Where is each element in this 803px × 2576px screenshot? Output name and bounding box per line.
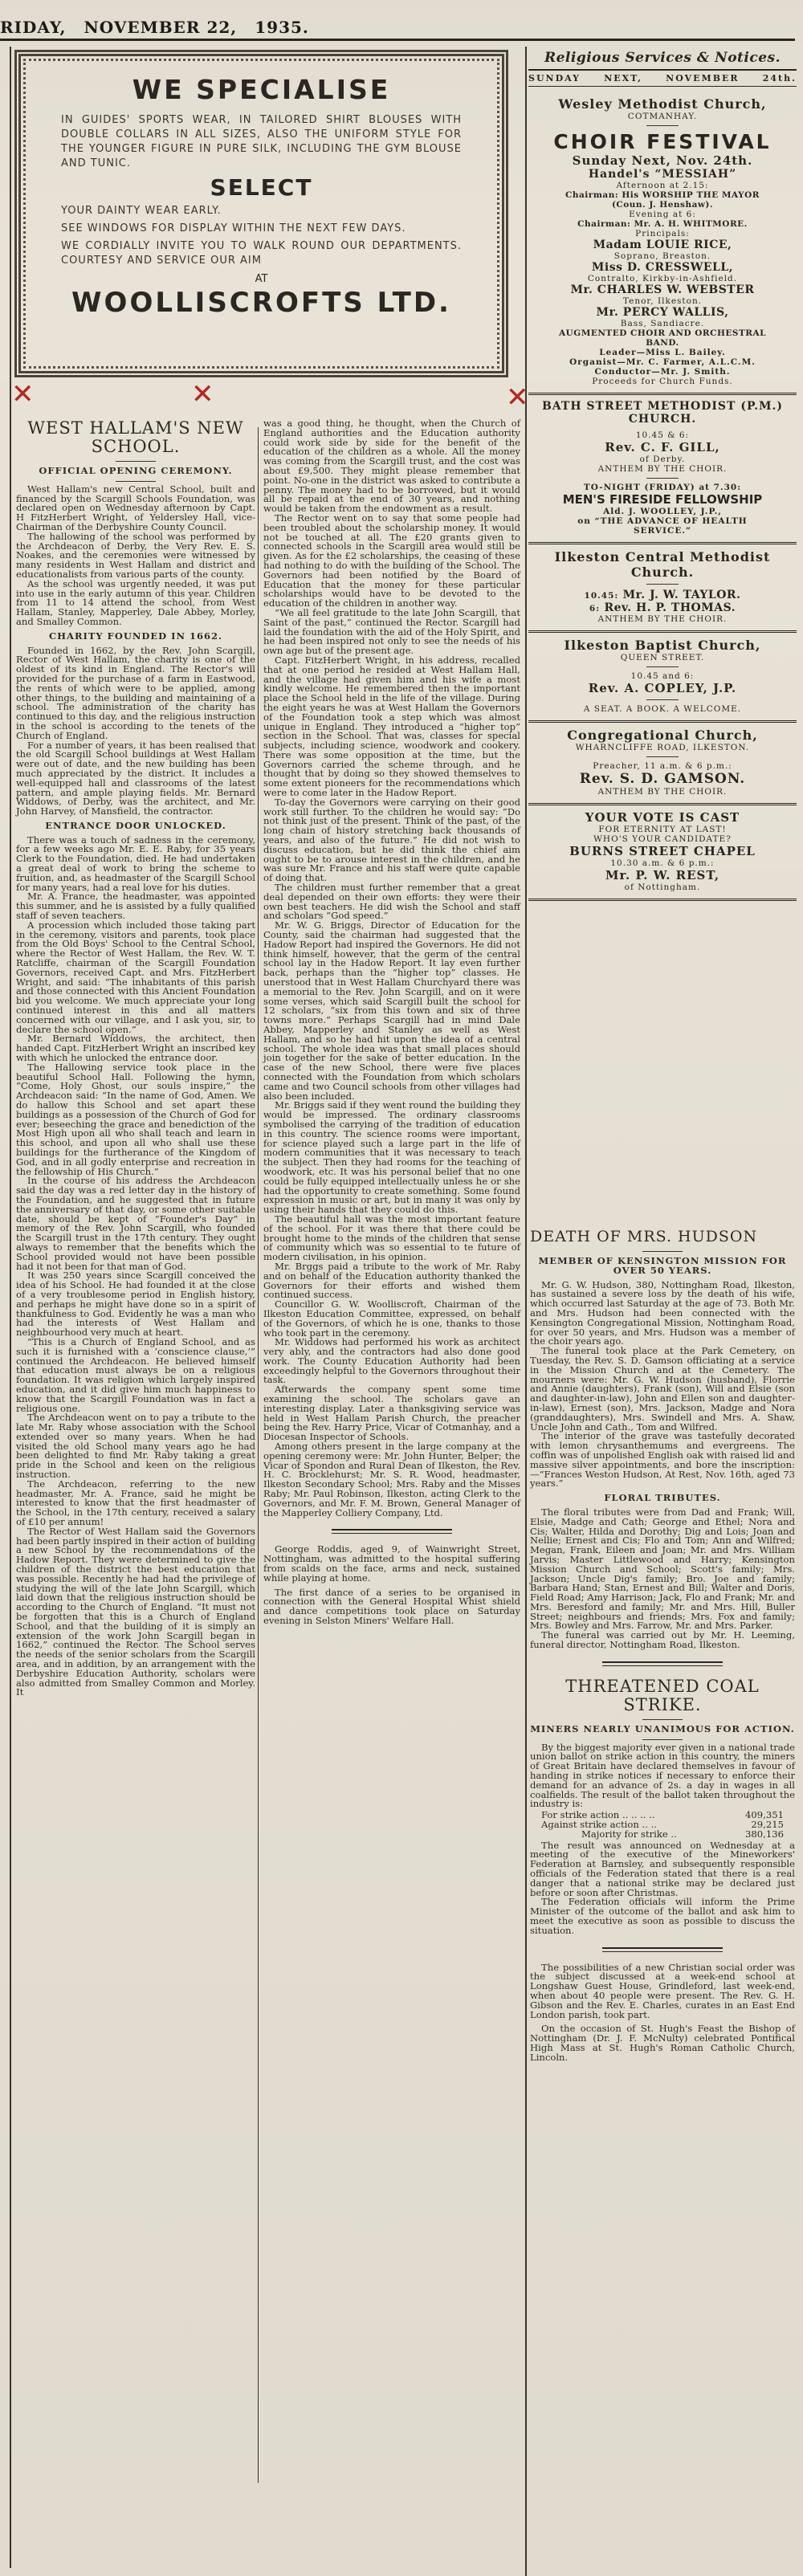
newspaper-page: RIDAY, NOVEMBER 22, 1935. WE SPECIALISE … (0, 0, 803, 2576)
divider (642, 1719, 683, 1720)
article-paragraph: It was 250 years since Scargill conceive… (16, 1271, 255, 1338)
church-name: Wesley Methodist Church, (528, 96, 797, 112)
article-subheading: ENTRANCE DOOR UNLOCKED. (16, 821, 255, 831)
evening-time: Evening at 6: (528, 210, 797, 219)
service-time: 10.45: (585, 591, 619, 601)
event-work: Handel's “MESSIAH” (528, 168, 797, 181)
article-subheading: OFFICIAL OPENING CEREMONY. (16, 467, 255, 476)
fellowship-title: MEN'S FIRESIDE FELLOWSHIP (528, 492, 797, 507)
masthead-year: 1935. (255, 18, 309, 37)
article-paragraph: Mr. Briggs said if they went round the b… (263, 1101, 520, 1215)
red-x-mark-icon: ✕ (11, 381, 35, 408)
article-paragraph: The Archdeacon, referring to the new hea… (16, 1480, 255, 1527)
article-paragraph: The children must further remember that … (263, 883, 520, 921)
date-word: NEXT, (604, 73, 642, 84)
speaker-line: Ald. J. WOOLLEY, J.P., (528, 507, 797, 516)
anthem-line: ANTHEM BY THE CHOIR. (528, 787, 797, 797)
church-name: BATH STREET METHODIST (P.M.) CHURCH. (528, 400, 797, 426)
preacher-name: Mr. J. W. TAYLOR. (623, 589, 741, 601)
proceeds-line: Proceeds for Church Funds. (528, 377, 797, 386)
afternoon-chairman: Chairman: His WORSHIP THE MAYOR (528, 190, 797, 200)
article-headline: WEST HALLAM'S NEW SCHOOL. (16, 419, 255, 456)
article-paragraph: The result was announced on Wednesday at… (530, 1841, 795, 1898)
preacher-line: 6: Rev. H. P. THOMAS. (528, 601, 797, 614)
notice-burns-street: YOUR VOTE IS CAST FOR ETERNITY AT LAST! … (528, 805, 797, 901)
divider (646, 125, 679, 126)
masthead-rule (0, 39, 795, 41)
principal-role: Bass, Sandiacre. (528, 319, 797, 328)
principal-role: Contralto, Kirkby-in-Ashfield. (528, 274, 797, 283)
brief-dance: The first dance of a series to be organi… (263, 1588, 520, 1626)
slogan-line: YOUR VOTE IS CAST (528, 810, 797, 825)
church-place: COTMANHAY. (528, 112, 797, 121)
evening-chairman: Chairman: Mr. A. H. WHITMORE. (528, 219, 797, 229)
article-paragraph: Mr. G. W. Hudson, 380, Nottingham Road, … (530, 1281, 795, 1347)
article-paragraph: The interior of the grave was tastefully… (530, 1432, 795, 1489)
ballot-row: Majority for strike .. 380,136 (541, 1830, 795, 1840)
article-paragraph: The Rector went on to say that some peop… (263, 514, 520, 609)
article-headline: DEATH OF MRS. HUDSON (530, 1228, 795, 1246)
article-paragraph: The Federation officials will inform the… (530, 1897, 795, 1935)
column-rule-right (525, 47, 527, 2576)
event-title: CHOIR FESTIVAL (528, 130, 797, 153)
article-subheading: CHARITY FOUNDED IN 1662. (16, 632, 255, 642)
article-paragraph: Mr. W. G. Briggs, Director of Education … (263, 921, 520, 1101)
service-time: 10.45 and 6: (528, 671, 797, 681)
notices-date-bar: SUNDAY NEXT, NOVEMBER 24th. (528, 69, 797, 87)
notices-title: Religious Services & Notices. (528, 50, 797, 66)
date-word: 24th. (763, 73, 797, 84)
divider (602, 1947, 723, 1952)
preacher-name: Rev. A. COPLEY, J.P. (528, 681, 797, 695)
ballot-table: For strike action .. .. .. .. 409,351 Ag… (530, 1811, 795, 1839)
preacher-from: of Derby. (528, 454, 797, 464)
article-paragraph: By the biggest majority ever given in a … (530, 1743, 795, 1810)
ballot-label: Majority for strike .. (581, 1830, 677, 1840)
ad-at: AT (61, 273, 462, 285)
article-subheading: MINERS NEARLY UNANIMOUS FOR ACTION. (530, 1725, 795, 1734)
service-time: 10.30 a.m. & 6 p.m.: (528, 858, 797, 868)
masthead-month-day: NOVEMBER 22, (84, 18, 237, 37)
service-time: 6: (589, 604, 600, 613)
ad-paragraph-windows: SEE WINDOWS FOR DISPLAY WITHIN THE NEXT … (61, 222, 462, 236)
article-paragraph: Councillor G. W. Woolliscroft, Chairman … (263, 1300, 520, 1338)
article-paragraph: Mr. Bernard Widdows, the architect, then… (16, 1034, 255, 1062)
article-hudson: DEATH OF MRS. HUDSON MEMBER OF KENSINGTO… (530, 1225, 795, 2063)
notice-wesley-methodist: Wesley Methodist Church, COTMANHAY. CHOI… (528, 92, 797, 395)
article-paragraph: For a number of years, it has been reali… (16, 741, 255, 817)
column-rule-middle (258, 427, 259, 2483)
principal-role: Tenor, Ilkeston. (528, 296, 797, 306)
article-subheading: FLORAL TRIBUTES. (530, 1494, 795, 1503)
service-time: 10.45 & 6: (528, 430, 797, 440)
article-paragraph: To-day the Governors were carrying on th… (263, 798, 520, 883)
divider (642, 1251, 683, 1252)
article-paragraph: The floral tributes were from Dad and Fr… (530, 1508, 795, 1631)
article-paragraph: The Archdeacon went on to pay a tribute … (16, 1413, 255, 1480)
religious-notices: Religious Services & Notices. SUNDAY NEX… (528, 50, 797, 901)
principal-name: Mr. CHARLES W. WEBSTER (528, 283, 797, 296)
ad-headline: WE SPECIALISE (61, 74, 462, 105)
column-rule-left (10, 47, 11, 2568)
preacher-name: Mr. P. W. REST, (528, 868, 797, 882)
topic-line: on “THE ADVANCE OF HEALTH SERVICE.” (528, 516, 797, 536)
article-paragraph: “We all feel gratitude to the late John … (263, 609, 520, 656)
tonight-line: TO-NIGHT (FRIDAY) at 7.30: (528, 483, 797, 492)
ad-brand-name: WOOLLISCROFTS LTD. (61, 287, 462, 319)
ad-paragraph-specialise: IN GUIDES' SPORTS WEAR, IN TAILORED SHIR… (61, 113, 462, 171)
brief-christian-order: The possibilities of a new Christian soc… (530, 1963, 795, 2020)
church-place: WHARNCLIFFE ROAD, ILKESTON. (528, 743, 797, 752)
brief-st-hugh: On the occasion of St. Hugh's Feast the … (530, 2024, 795, 2062)
article-paragraph: was a good thing, he thought, when the C… (263, 419, 520, 514)
divider (602, 1661, 723, 1666)
article-headline: THREATENED COAL STRIKE. (530, 1677, 795, 1714)
notice-bath-street: BATH STREET METHODIST (P.M.) CHURCH. 10.… (528, 395, 797, 544)
divider (646, 584, 679, 585)
article-paragraph: Founded in 1662, by the Rev. John Scargi… (16, 646, 255, 741)
article-paragraph: The hallowing of the school was performe… (16, 532, 255, 580)
notice-ilkeston-central: Ilkeston Central Methodist Church. 10.45… (528, 544, 797, 633)
church-place: QUEEN STREET. (528, 653, 797, 662)
ad-paragraph-invite: WE CORDIALLY INVITE YOU TO WALK ROUND OU… (61, 239, 462, 268)
conductor-line: Conductor—Mr. J. Smith. (528, 367, 797, 377)
notice-congregational: Congregational Church, WHARNCLIFFE ROAD,… (528, 723, 797, 805)
preacher-line: 10.45: Mr. J. W. TAYLOR. (528, 589, 797, 601)
principal-name: Miss D. CRESSWELL, (528, 261, 797, 274)
article-paragraph: Among others present in the large compan… (263, 1442, 520, 1518)
principal-role: Soprano, Breaston. (528, 251, 797, 261)
article-paragraph: Capt. FitzHerbert Wright, in his address… (263, 656, 520, 798)
article-paragraph: The beautiful hall was the most importan… (263, 1215, 520, 1262)
leader-line: Leader—Miss L. Bailey. (528, 348, 797, 357)
afternoon-time: Afternoon at 2.15: (528, 181, 797, 190)
article-paragraph: The funeral was carried out by Mr. H. Le… (530, 1631, 795, 1650)
article-paragraph: In the course of his address the Archdea… (16, 1176, 255, 1271)
divider (116, 481, 156, 482)
article-paragraph: “This is a Church of England School, and… (16, 1338, 255, 1413)
date-word: SUNDAY (528, 73, 581, 84)
brief-roddis: George Roddis, aged 9, of Wainwright Str… (263, 1545, 520, 1583)
article-paragraph: Mr. Brggs paid a tribute to the work of … (263, 1262, 520, 1300)
article-paragraph: The funeral took place at the Park Cemet… (530, 1347, 795, 1432)
masthead-day: RIDAY, (0, 18, 67, 37)
notice-ilkeston-baptist: Ilkeston Baptist Church, QUEEN STREET. 1… (528, 633, 797, 723)
principal-name: Madam LOUIE RICE, (528, 238, 797, 251)
organist-line: Organist—Mr. C. Farmer, A.L.C.M. (528, 357, 797, 367)
ad-paragraph-select: YOUR DAINTY WEAR EARLY. (61, 204, 462, 218)
divider (642, 1739, 683, 1740)
article-paragraph: As the school was urgently needed, it wa… (16, 580, 255, 627)
article-west-hallam-col2: was a good thing, he thought, when the C… (263, 419, 520, 1626)
woolliscrofts-advertisement: WE SPECIALISE IN GUIDES' SPORTS WEAR, IN… (14, 50, 508, 377)
anthem-line: ANTHEM BY THE CHOIR. (528, 614, 797, 624)
article-coal-strike: THREATENED COAL STRIKE. MINERS NEARLY UN… (530, 1677, 795, 1936)
slogan-line: FOR ETERNITY AT LAST! (528, 825, 797, 834)
band-line: AUGMENTED CHOIR AND ORCHESTRAL BAND. (528, 328, 797, 348)
afternoon-chairman-name: (Coun. J. Henshaw). (528, 200, 797, 210)
article-paragraph: West Hallam's new Central School, built … (16, 485, 255, 532)
red-x-mark-icon: ✕ (191, 381, 214, 408)
divider (646, 666, 679, 667)
principals-label: Principals: (528, 229, 797, 238)
divider (646, 478, 679, 479)
date-word: NOVEMBER (666, 73, 739, 84)
preacher-name: Rev. H. P. THOMAS. (604, 601, 736, 614)
article-paragraph: The Rector of West Hallam said the Gover… (16, 1527, 255, 1698)
preacher-name: Rev. S. D. GAMSON. (528, 771, 797, 787)
article-paragraph: Mr. Widdows had performed his work as ar… (263, 1338, 520, 1385)
anthem-line: ANTHEM BY THE CHOIR. (528, 464, 797, 474)
article-paragraph: There was a touch of sadness in the cere… (16, 836, 255, 893)
event-date: Sunday Next, Nov. 24th. (528, 153, 797, 168)
article-paragraph: A procession which included those taking… (16, 921, 255, 1035)
church-name: Ilkeston Central Methodist Church. (528, 549, 797, 580)
article-subheading: MEMBER OF KENSINGTON MISSION FOR OVER 50… (530, 1257, 795, 1276)
divider (116, 461, 156, 462)
service-time: Preacher, 11 a.m. & 6 p.m.: (528, 761, 797, 771)
masthead-date: RIDAY, NOVEMBER 22, 1935. (0, 18, 795, 37)
church-name: Ilkeston Baptist Church, (528, 638, 797, 653)
divider (646, 756, 679, 757)
principal-name: Mr. PERCY WALLIS, (528, 306, 797, 319)
ballot-value: 380,136 (745, 1830, 784, 1840)
motto-line: A SEAT. A BOOK. A WELCOME. (528, 704, 797, 714)
preacher-name: Rev. C. F. GILL, (528, 440, 797, 454)
red-x-mark-icon: ✕ (506, 384, 529, 411)
divider (332, 1529, 452, 1534)
slogan-line: WHO'S YOUR CANDIDATE? (528, 834, 797, 844)
preacher-from: of Nottingham. (528, 882, 797, 892)
article-paragraph: The Hallowing service took place in the … (16, 1063, 255, 1177)
article-paragraph: Mr. A. France, the headmaster, was appoi… (16, 892, 255, 920)
article-paragraph: Afterwards the company spent some time e… (263, 1385, 520, 1442)
divider (646, 699, 679, 700)
article-west-hallam-col1: WEST HALLAM'S NEW SCHOOL. OFFICIAL OPENI… (16, 416, 255, 1698)
chapel-name: BURNS STREET CHAPEL (528, 844, 797, 858)
ad-subheadline: SELECT (61, 174, 462, 201)
church-name: Congregational Church, (528, 728, 797, 743)
